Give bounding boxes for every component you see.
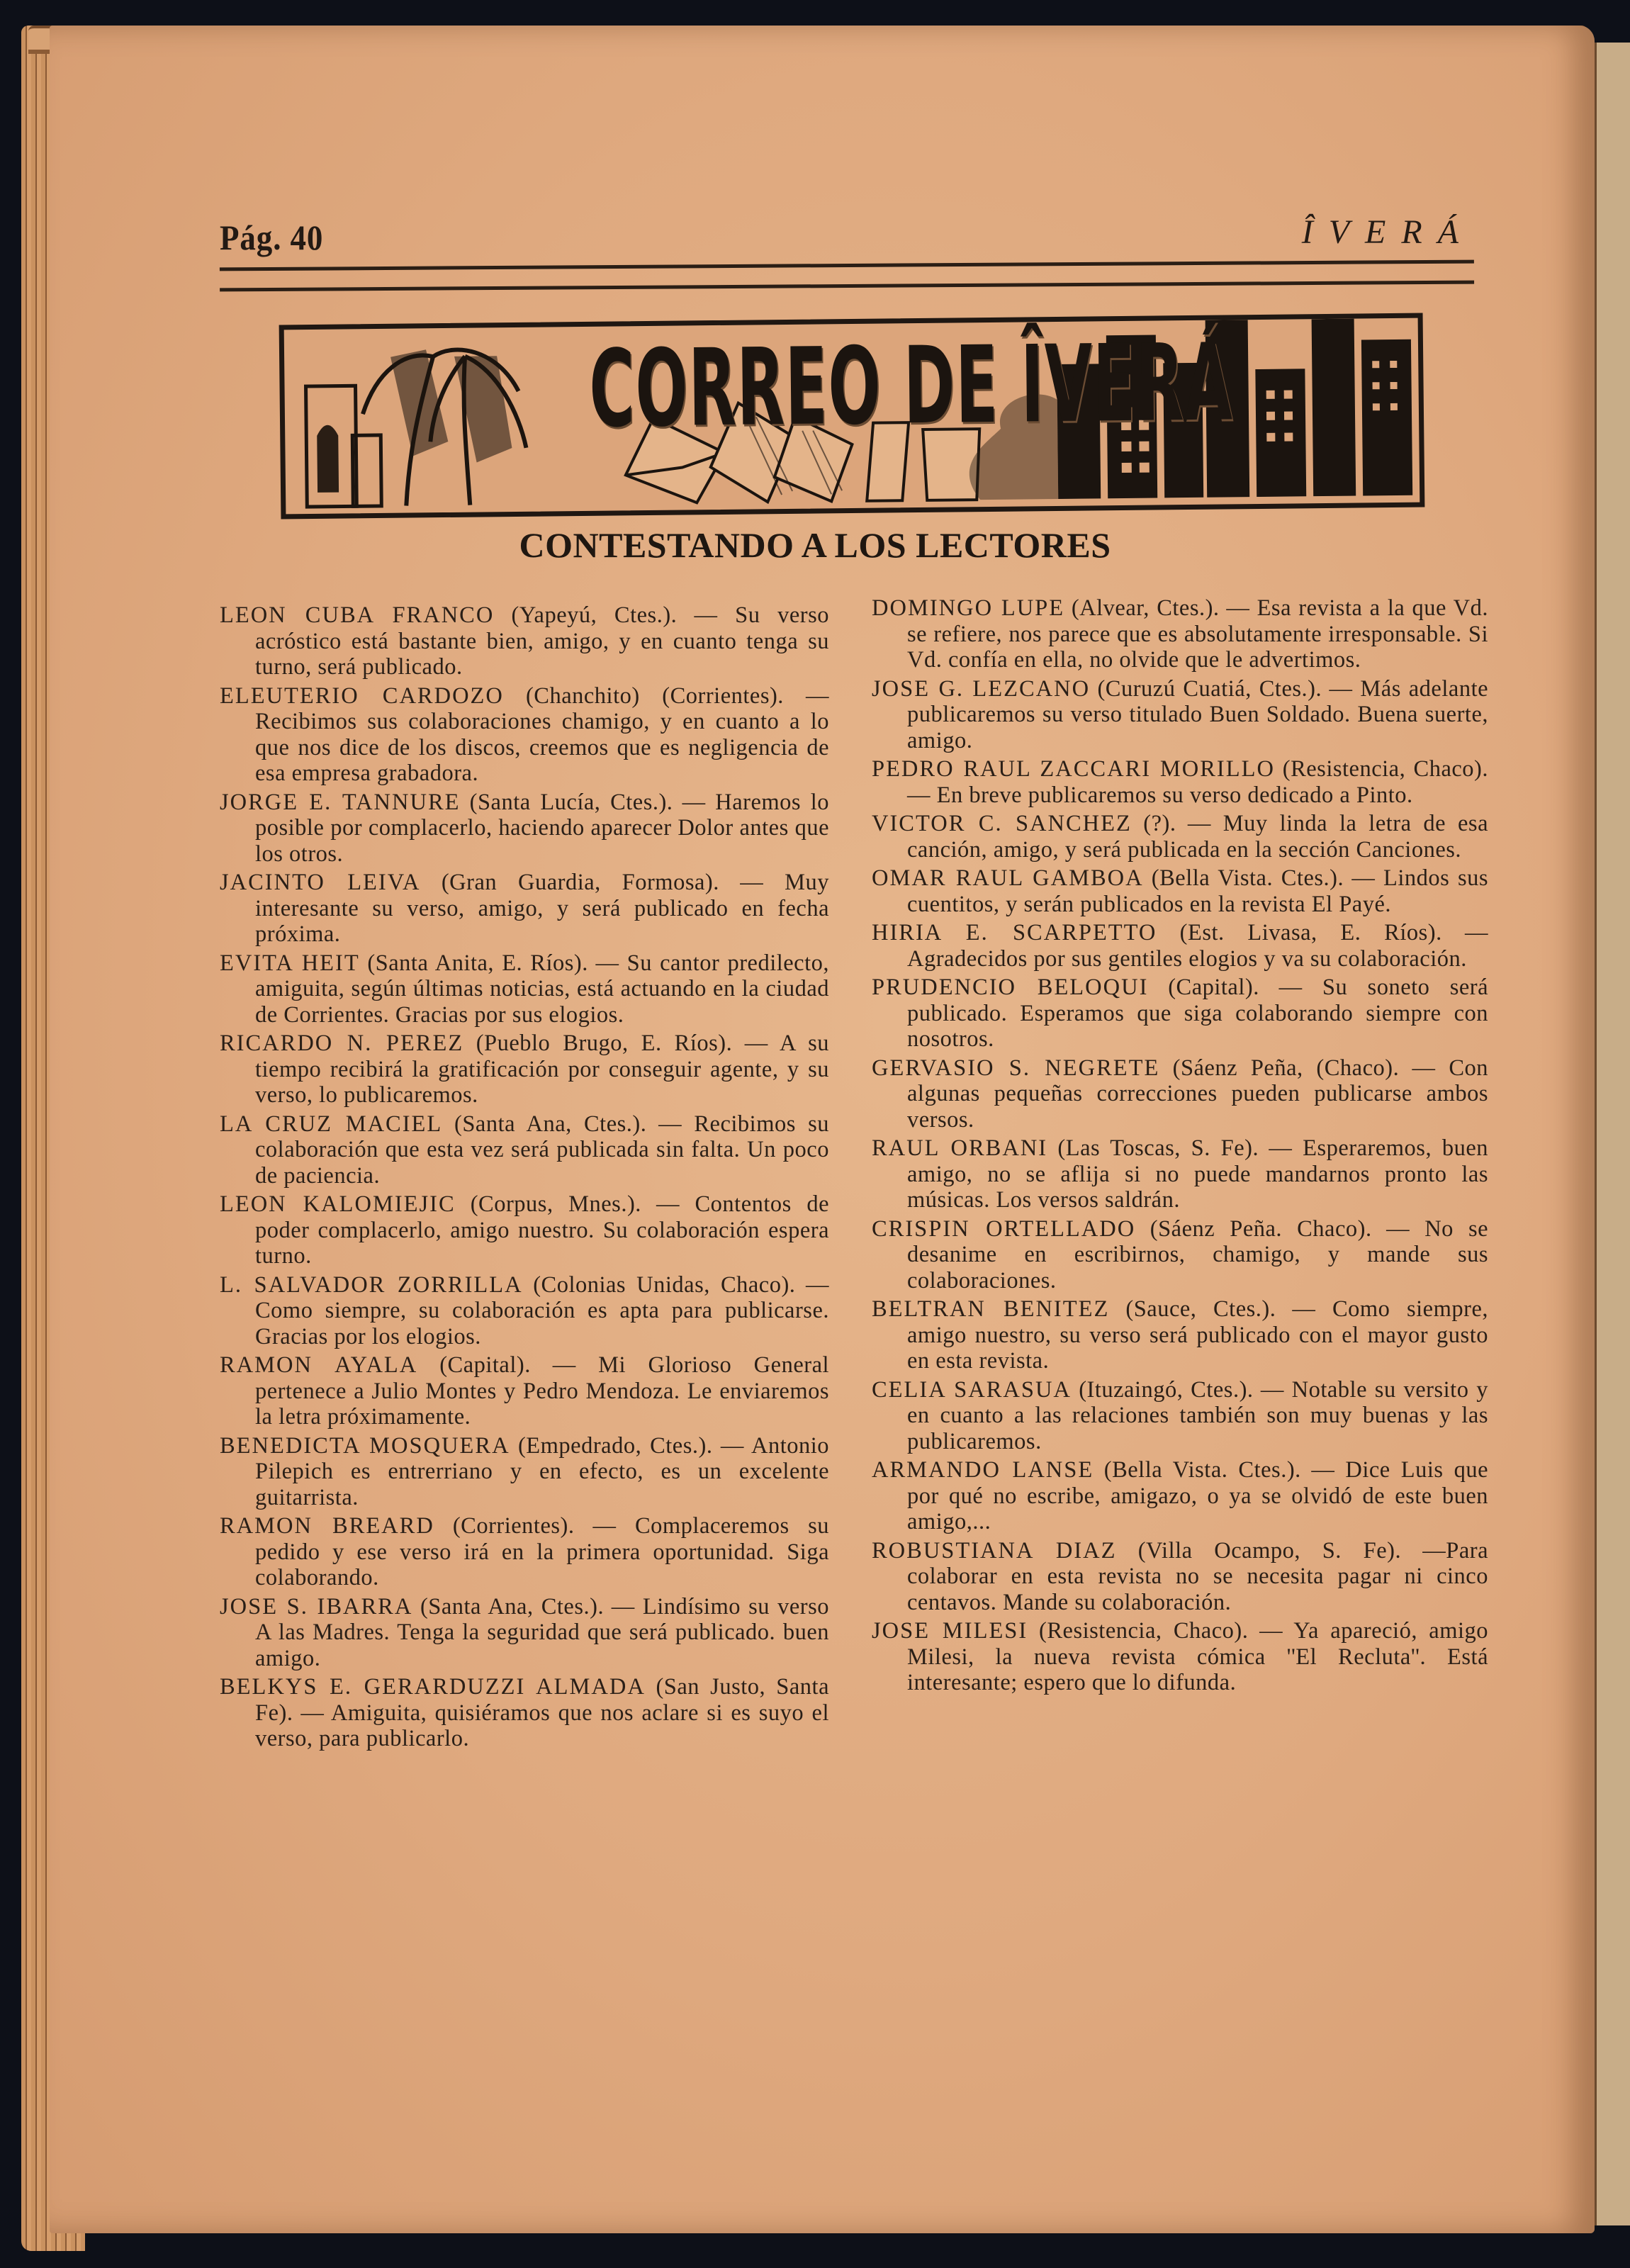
reader-location: (Yapeyú, Ctes.). <box>512 602 678 628</box>
reader-reply-entry: JACINTO LEIVA (Gran Guardia, Formosa). —… <box>220 870 829 948</box>
reader-reply-entry: L. SALVADOR ZORRILLA (Colonias Unidas, C… <box>220 1272 829 1350</box>
reader-location: (Empedrado, Ctes.). <box>518 1433 713 1459</box>
reader-reply-entry: CELIA SARASUA (Ituzaingó, Ctes.). — Nota… <box>872 1377 1488 1455</box>
reader-name: DOMINGO LUPE <box>872 595 1064 621</box>
reader-location: (Capital). <box>439 1352 531 1378</box>
reader-name: EVITA HEIT <box>220 950 360 976</box>
reader-location: (Est. Livasa, E. Ríos). <box>1180 920 1442 945</box>
reader-reply-entry: EVITA HEIT (Santa Anita, E. Ríos). — Su … <box>220 950 829 1028</box>
reader-location: (Bella Vista. Ctes.). <box>1152 865 1344 891</box>
reader-location: (Las Toscas, S. Fe). <box>1057 1135 1259 1161</box>
section-title: CONTESTANDO A LOS LECTORES <box>0 524 1630 566</box>
reader-reply-entry: LEON CUBA FRANCO (Yapeyú, Ctes.). — Su v… <box>220 602 829 680</box>
next-page-edge <box>1591 43 1630 2225</box>
reader-location: (Santa Lucía, Ctes.). <box>470 790 673 815</box>
reply-text: — En breve publicaremos su verso dedicad… <box>907 782 1413 808</box>
reader-name: PEDRO RAUL ZACCARI MORILLO <box>872 756 1275 782</box>
reader-name: JOSE MILESI <box>872 1618 1028 1644</box>
reader-location: (?). <box>1143 811 1176 836</box>
reader-name: BENEDICTA MOSQUERA <box>220 1433 510 1459</box>
reader-reply-entry: DOMINGO LUPE (Alvear, Ctes.). — Esa revi… <box>872 595 1488 673</box>
reader-reply-entry: CRISPIN ORTELLADO (Sáenz Peña. Chaco). —… <box>872 1216 1488 1294</box>
reader-name: ROBUSTIANA DIAZ <box>872 1538 1117 1564</box>
reader-location: (Capital). <box>1168 975 1259 1000</box>
reader-location: (Corrientes). <box>453 1513 575 1539</box>
reader-name: JACINTO LEIVA <box>220 870 420 895</box>
reader-location: (Sáenz Peña. Chaco). <box>1150 1216 1372 1242</box>
reader-reply-entry: ROBUSTIANA DIAZ (Villa Ocampo, S. Fe). —… <box>872 1538 1488 1616</box>
reader-name: VICTOR C. SANCHEZ <box>872 811 1132 836</box>
reader-name: LEON KALOMIEJIC <box>220 1191 456 1217</box>
reader-reply-entry: RICARDO N. PEREZ (Pueblo Brugo, E. Ríos)… <box>220 1031 829 1108</box>
reader-reply-entry: RAMON BREARD (Corrientes). — Complacerem… <box>220 1513 829 1591</box>
reader-reply-entry: RAUL ORBANI (Las Toscas, S. Fe). — Esper… <box>872 1135 1488 1213</box>
left-column: LEON CUBA FRANCO (Yapeyú, Ctes.). — Su v… <box>220 602 829 1755</box>
reader-name: RICARDO N. PEREZ <box>220 1031 463 1056</box>
reader-location: (Pueblo Brugo, E. Ríos). <box>476 1031 733 1056</box>
reader-name: OMAR RAUL GAMBOA <box>872 865 1144 891</box>
reader-name: BELKYS E. GERARDUZZI ALMADA <box>220 1674 646 1700</box>
reader-location: (Colonias Unidas, Chaco). <box>533 1272 795 1298</box>
reader-name: RAMON BREARD <box>220 1513 434 1539</box>
reader-reply-entry: PRUDENCIO BELOQUI (Capital). — Su soneto… <box>872 975 1488 1052</box>
reader-location: (Santa Ana, Ctes.). <box>420 1594 604 1619</box>
reader-reply-entry: JORGE E. TANNURE (Santa Lucía, Ctes.). —… <box>220 790 829 868</box>
reader-location: (Sauce, Ctes.). <box>1125 1296 1276 1322</box>
reader-name: RAMON AYALA <box>220 1352 417 1378</box>
reader-location: (Corpus, Mnes.). <box>471 1191 641 1217</box>
reader-reply-entry: JOSE S. IBARRA (Santa Ana, Ctes.). — Lin… <box>220 1594 829 1672</box>
reader-location: (Resistencia, Chaco). <box>1283 756 1488 782</box>
reader-name: CRISPIN ORTELLADO <box>872 1216 1135 1242</box>
reader-name: JORGE E. TANNURE <box>220 790 460 815</box>
reader-location: (Alvear, Ctes.). <box>1072 595 1220 621</box>
reader-reply-entry: JOSE G. LEZCANO (Curuzú Cuatiá, Ctes.). … <box>872 676 1488 754</box>
reader-location: (Santa Anita, E. Ríos). <box>367 950 588 976</box>
reader-name: L. SALVADOR ZORRILLA <box>220 1272 523 1298</box>
running-header: Pág. 40 ÎVERÁ <box>220 213 1474 255</box>
reader-name: ARMANDO LANSE <box>872 1457 1094 1483</box>
reader-location: (Curuzú Cuatiá, Ctes.). <box>1097 676 1322 702</box>
reader-reply-entry: JOSE MILESI (Resistencia, Chaco). — Ya a… <box>872 1618 1488 1696</box>
reader-name: BELTRAN BENITEZ <box>872 1296 1109 1322</box>
reader-reply-entry: BELTRAN BENITEZ (Sauce, Ctes.). — Como s… <box>872 1296 1488 1374</box>
reader-location: (Chanchito) (Corrientes). <box>526 683 784 709</box>
reader-location: (Sáenz Peña, (Chaco). <box>1173 1055 1400 1081</box>
reader-reply-entry: ARMANDO LANSE (Bella Vista. Ctes.). — Di… <box>872 1457 1488 1535</box>
reader-reply-entry: LEON KALOMIEJIC (Corpus, Mnes.). — Conte… <box>220 1191 829 1269</box>
reader-name: PRUDENCIO BELOQUI <box>872 975 1148 1000</box>
reader-location: (Resistencia, Chaco). <box>1039 1618 1248 1644</box>
reader-reply-entry: PEDRO RAUL ZACCARI MORILLO (Resistencia,… <box>872 756 1488 808</box>
reader-reply-entry: VICTOR C. SANCHEZ (?). — Muy linda la le… <box>872 811 1488 863</box>
reader-location: (Ituzaingó, Ctes.). <box>1079 1377 1253 1403</box>
reader-reply-entry: ELEUTERIO CARDOZO (Chanchito) (Corriente… <box>220 683 829 787</box>
reader-name: JOSE G. LEZCANO <box>872 676 1090 702</box>
reader-name: ELEUTERIO CARDOZO <box>220 683 504 709</box>
reader-name: HIRIA E. SCARPETTO <box>872 920 1157 945</box>
reader-location: (Gran Guardia, Formosa). <box>442 870 719 895</box>
reader-reply-entry: BENEDICTA MOSQUERA (Empedrado, Ctes.). —… <box>220 1433 829 1511</box>
reader-reply-entry: OMAR RAUL GAMBOA (Bella Vista. Ctes.). —… <box>872 865 1488 917</box>
reader-reply-entry: HIRIA E. SCARPETTO (Est. Livasa, E. Ríos… <box>872 920 1488 972</box>
reply-text: — Amiguita, quisiéramos que nos aclare s… <box>255 1700 829 1752</box>
magazine-title: ÎVERÁ <box>1302 213 1474 252</box>
right-column: DOMINGO LUPE (Alvear, Ctes.). — Esa revi… <box>872 595 1488 1699</box>
reader-reply-entry: LA CRUZ MACIEL (Santa Ana, Ctes.). — Rec… <box>220 1111 829 1189</box>
reader-reply-entry: RAMON AYALA (Capital). — Mi Glorioso Gen… <box>220 1352 829 1430</box>
reader-name: CELIA SARASUA <box>872 1377 1072 1403</box>
reader-name: LEON CUBA FRANCO <box>220 602 494 628</box>
correo-banner: CORREO DE ÎVERÁ <box>279 313 1425 520</box>
reader-reply-entry: BELKYS E. GERARDUZZI ALMADA (San Justo, … <box>220 1674 829 1752</box>
reader-location: (Villa Ocampo, S. Fe). <box>1138 1538 1401 1564</box>
reader-name: JOSE S. IBARRA <box>220 1594 412 1619</box>
page-number: Pág. 40 <box>220 217 323 258</box>
reader-name: RAUL ORBANI <box>872 1135 1047 1161</box>
reader-name: LA CRUZ MACIEL <box>220 1111 442 1137</box>
banner-title: CORREO DE ÎVERÁ <box>589 321 1235 490</box>
reader-reply-entry: GERVASIO S. NEGRETE (Sáenz Peña, (Chaco)… <box>872 1055 1488 1133</box>
reader-name: GERVASIO S. NEGRETE <box>872 1055 1159 1081</box>
reader-location: (Bella Vista. Ctes.). <box>1104 1457 1301 1483</box>
reader-location: (Santa Ana, Ctes.). <box>454 1111 646 1137</box>
